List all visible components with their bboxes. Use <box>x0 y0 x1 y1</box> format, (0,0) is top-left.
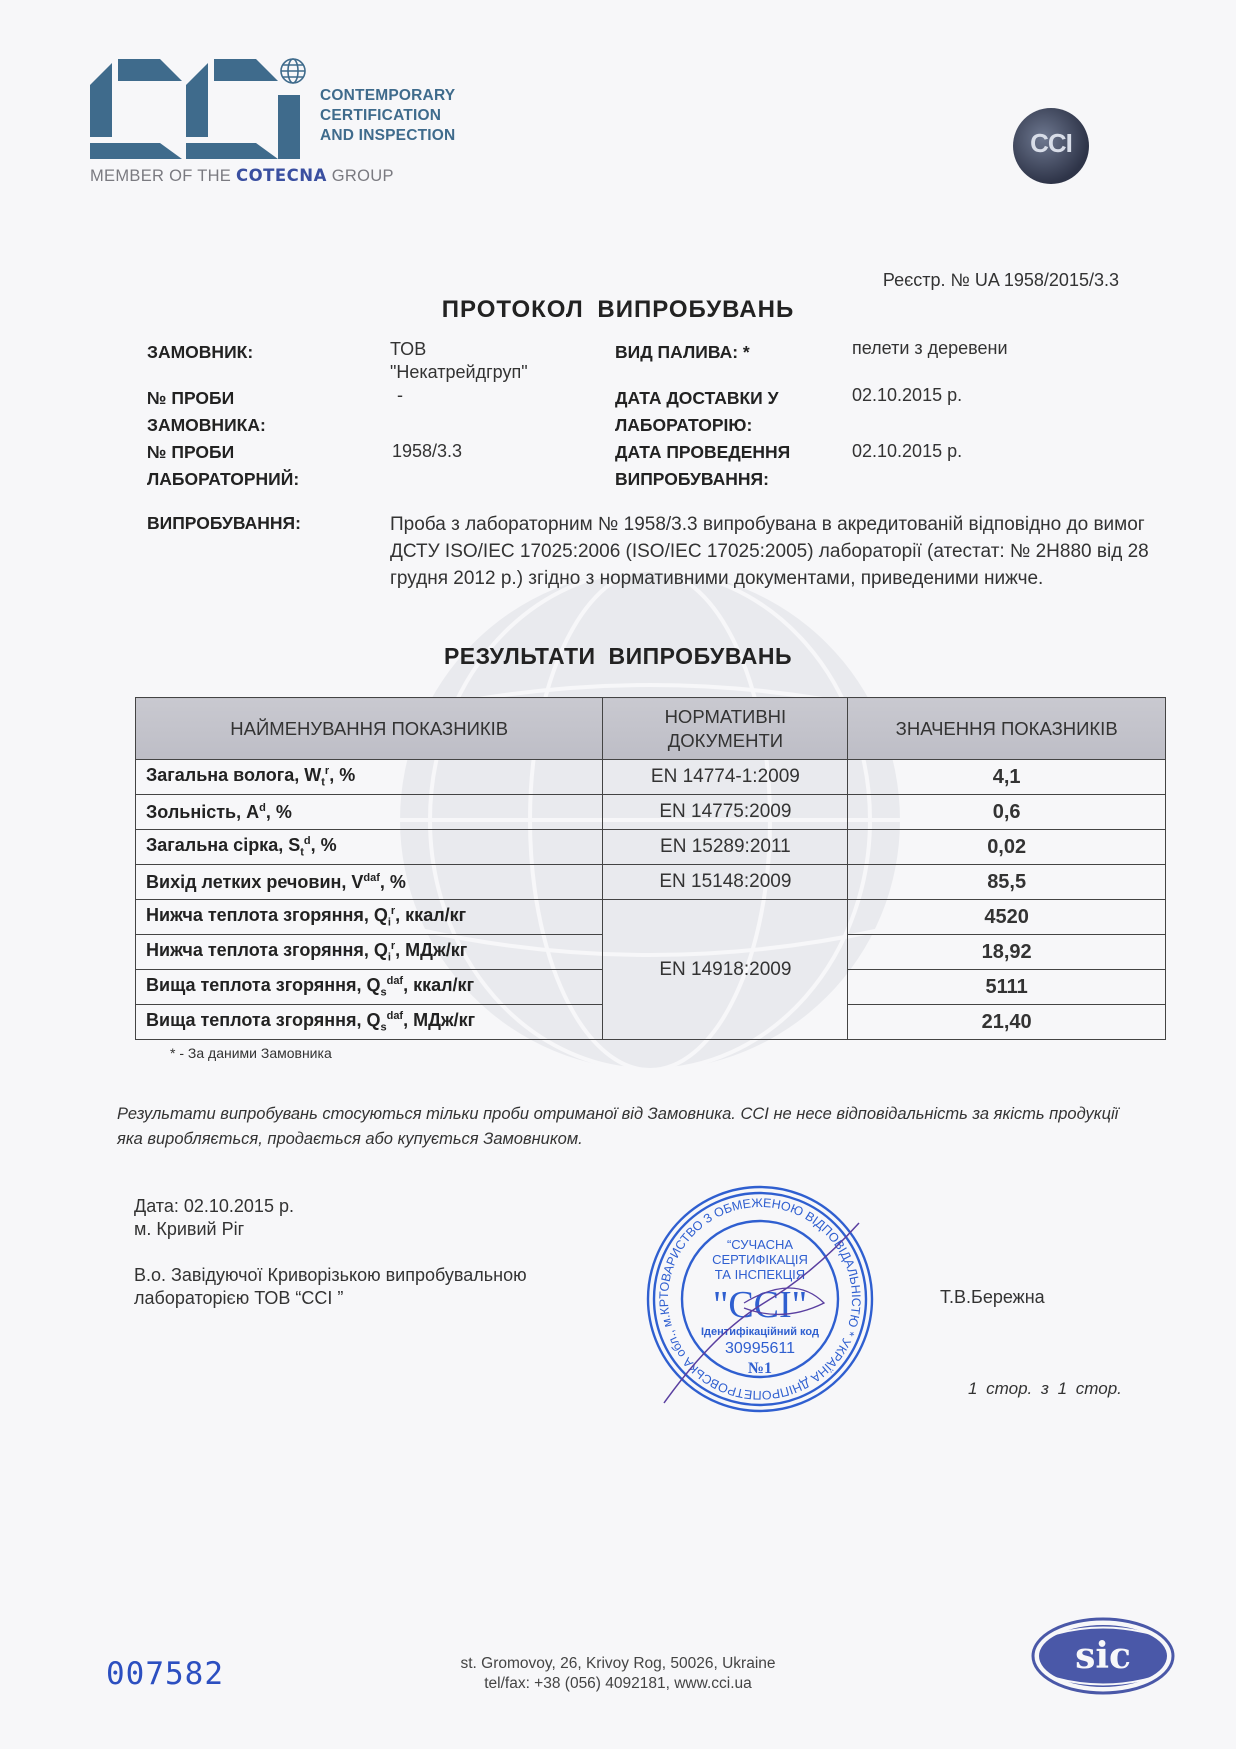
table-header-row: НАЙМЕНУВАННЯ ПОКАЗНИКІВ НОРМАТИВНІ ДОКУМ… <box>136 698 1166 760</box>
indicator-value: 0,6 <box>848 795 1166 830</box>
indicator-unit: , МДж/кг <box>395 940 467 960</box>
customer-sample-value: - <box>397 384 403 407</box>
label-line: ЗАМОВНИКА: <box>147 412 266 439</box>
logo-text-line: CONTEMPORARY <box>320 86 455 106</box>
label-line: ВИПРОБУВАННЯ: <box>615 466 790 493</box>
testing-label: ВИПРОБУВАННЯ: <box>147 510 301 537</box>
hologram-label: CCI <box>1013 128 1089 159</box>
indicator-unit: , % <box>266 802 292 822</box>
delivery-date-label: ДАТА ДОСТАВКИ У ЛАБОРАТОРІЮ: <box>615 385 778 439</box>
table-row: Зольність, Ad, %EN 14775:20090,6 <box>136 795 1166 830</box>
official-stamp: ТОВАРИСТВО З ОБМЕЖЕНОЮ ВІДПОВІДАЛЬНІСТЮ … <box>644 1183 876 1415</box>
stamp-line: ТА ІНСПЕКЦІЯ <box>715 1267 805 1282</box>
indicator-symbol-text: Нижча теплота згоряння, Q <box>146 905 388 925</box>
indicator-name: Нижча теплота згоряння, Qir, МДж/кг <box>136 935 603 970</box>
customer-label: ЗАМОВНИК: <box>147 339 253 366</box>
signature-city: м. Кривий Ріг <box>134 1218 527 1241</box>
subscript: i <box>388 917 391 929</box>
hologram-seal-icon: CCI <box>1013 108 1089 184</box>
standard-document: EN 14918:2009 <box>603 900 848 1040</box>
signature-block: Дата: 02.10.2015 р. м. Кривий Ріг В.о. З… <box>134 1195 527 1310</box>
standard-document: EN 15148:2009 <box>603 865 848 900</box>
subscript: s <box>380 987 386 999</box>
page-number: 1 стор. з 1 стор. <box>968 1379 1122 1399</box>
logo-text-line: AND INSPECTION <box>320 126 455 146</box>
customer-value-line: ТОВ <box>390 338 528 361</box>
logo-text-line: CERTIFICATION <box>320 106 455 126</box>
indicator-symbol-text: Вища теплота згоряння, Q <box>146 975 380 995</box>
signer-name: Т.В.Бережна <box>940 1287 1045 1308</box>
test-date-label: ДАТА ПРОВЕДЕННЯ ВИПРОБУВАННЯ: <box>615 439 790 493</box>
superscript: daf <box>363 872 380 884</box>
customer-sample-label: № ПРОБИ ЗАМОВНИКА: <box>147 385 266 439</box>
superscript: daf <box>387 975 404 987</box>
customer-value-line: "Некатрейдгруп" <box>390 361 528 384</box>
logo-text: CONTEMPORARY CERTIFICATION AND INSPECTIO… <box>320 86 455 146</box>
stamp-line: СЕРТИФІКАЦІЯ <box>712 1252 808 1267</box>
column-header: ЗНАЧЕННЯ ПОКАЗНИКІВ <box>848 698 1166 760</box>
indicator-value: 4,1 <box>848 760 1166 795</box>
customer-value: ТОВ "Некатрейдгруп" <box>390 338 528 384</box>
indicator-symbol-text: Вихід летких речовин, V <box>146 872 363 892</box>
label-line: ДАТА ДОСТАВКИ У <box>615 385 778 412</box>
stamp-code: 30995611 <box>725 1340 795 1357</box>
column-header: НАЙМЕНУВАННЯ ПОКАЗНИКІВ <box>136 698 603 760</box>
column-header: НОРМАТИВНІ ДОКУМЕНТИ <box>603 698 848 760</box>
label-line: ЛАБОРАТОРНИЙ: <box>147 466 299 493</box>
indicator-unit: , % <box>311 835 337 855</box>
sic-label: sic <box>1075 1635 1131 1677</box>
results-table: НАЙМЕНУВАННЯ ПОКАЗНИКІВ НОРМАТИВНІ ДОКУМ… <box>135 697 1166 1040</box>
lab-sample-value: 1958/3.3 <box>392 440 462 463</box>
delivery-date-value: 02.10.2015 р. <box>852 384 962 407</box>
indicator-value: 4520 <box>848 900 1166 935</box>
indicator-name: Загальна сірка, Std, % <box>136 830 603 865</box>
standard-document: EN 14774-1:2009 <box>603 760 848 795</box>
indicator-value: 21,40 <box>848 1005 1166 1040</box>
subscript: s <box>380 1022 386 1034</box>
sic-logo: sic <box>1030 1616 1176 1696</box>
lab-sample-label: № ПРОБИ ЛАБОРАТОРНИЙ: <box>147 439 299 493</box>
indicator-symbol-text: Загальна волога, W <box>146 765 321 785</box>
indicator-value: 0,02 <box>848 830 1166 865</box>
table-row: Загальна волога, Wtr, %EN 14774-1:20094,… <box>136 760 1166 795</box>
table-row: Загальна сірка, Std, %EN 15289:20110,02 <box>136 830 1166 865</box>
indicator-unit: , ккал/кг <box>395 905 466 925</box>
subscript: t <box>321 777 325 789</box>
disclaimer: Результати випробувань стосуються тільки… <box>117 1102 1137 1152</box>
indicator-name: Загальна волога, Wtr, % <box>136 760 603 795</box>
indicator-symbol-text: Вища теплота згоряння, Q <box>146 1010 380 1030</box>
label-line: ЛАБОРАТОРІЮ: <box>615 412 778 439</box>
table-row: Нижча теплота згоряння, Qir, ккал/кгEN 1… <box>136 900 1166 935</box>
indicator-symbol-text: Загальна сірка, S <box>146 835 300 855</box>
document-title: ПРОТОКОЛ ВИПРОБУВАНЬ <box>0 296 1236 324</box>
stamp-line: “СУЧАСНА <box>727 1237 793 1252</box>
cci-logo <box>90 55 320 160</box>
member-suffix: GROUP <box>332 167 394 185</box>
signer-position: лабораторією ТОВ “CCI ” <box>134 1287 527 1310</box>
member-prefix: MEMBER OF THE <box>90 167 231 185</box>
results-title: РЕЗУЛЬТАТИ ВИПРОБУВАНЬ <box>0 643 1236 670</box>
subscript: t <box>300 847 304 859</box>
signer-position: В.о. Завідуючої Криворізькою випробуваль… <box>134 1264 527 1287</box>
fuel-type-value: пелети з деревени <box>852 337 1008 360</box>
superscript: d <box>304 835 311 847</box>
indicator-name: Вища теплота згоряння, Qsdaf, МДж/кг <box>136 1005 603 1040</box>
test-date-value: 02.10.2015 р. <box>852 440 962 463</box>
indicator-unit: , МДж/кг <box>403 1010 475 1030</box>
superscript: d <box>259 802 266 814</box>
registry-number: Реєстр. № UA 1958/2015/3.3 <box>883 270 1119 291</box>
indicator-symbol-text: Нижча теплота згоряння, Q <box>146 940 388 960</box>
standard-document: EN 15289:2011 <box>603 830 848 865</box>
subscript: i <box>388 952 391 964</box>
label-line: № ПРОБИ <box>147 385 266 412</box>
indicator-name: Вища теплота згоряння, Qsdaf, ккал/кг <box>136 970 603 1005</box>
fuel-type-label: ВИД ПАЛИВА: * <box>615 339 750 366</box>
testing-description: Проба з лабораторним № 1958/3.3 випробув… <box>390 511 1150 592</box>
superscript: daf <box>387 1010 404 1022</box>
indicator-unit: , % <box>329 765 355 785</box>
member-line: MEMBER OF THE COTECNA GROUP <box>90 166 394 186</box>
indicator-name: Нижча теплота згоряння, Qir, ккал/кг <box>136 900 603 935</box>
signature-date: Дата: 02.10.2015 р. <box>134 1195 527 1218</box>
indicator-unit: , % <box>380 872 406 892</box>
indicator-value: 5111 <box>848 970 1166 1005</box>
label-line: № ПРОБИ <box>147 439 299 466</box>
indicator-value: 85,5 <box>848 865 1166 900</box>
footnote: * - За даними Замовника <box>170 1045 332 1061</box>
indicator-name: Зольність, Ad, % <box>136 795 603 830</box>
indicator-symbol-text: Зольність, A <box>146 802 259 822</box>
indicator-name: Вихід летких речовин, Vdaf, % <box>136 865 603 900</box>
label-line: ДАТА ПРОВЕДЕННЯ <box>615 439 790 466</box>
indicator-unit: , ккал/кг <box>403 975 474 995</box>
indicator-value: 18,92 <box>848 935 1166 970</box>
stamp-number: №1 <box>748 1360 772 1377</box>
cotecna-brand: COTECNA <box>236 166 327 185</box>
standard-document: EN 14775:2009 <box>603 795 848 830</box>
stamp-code-label: Ідентифікаційний код <box>701 1326 819 1338</box>
table-row: Вихід летких речовин, Vdaf, %EN 15148:20… <box>136 865 1166 900</box>
